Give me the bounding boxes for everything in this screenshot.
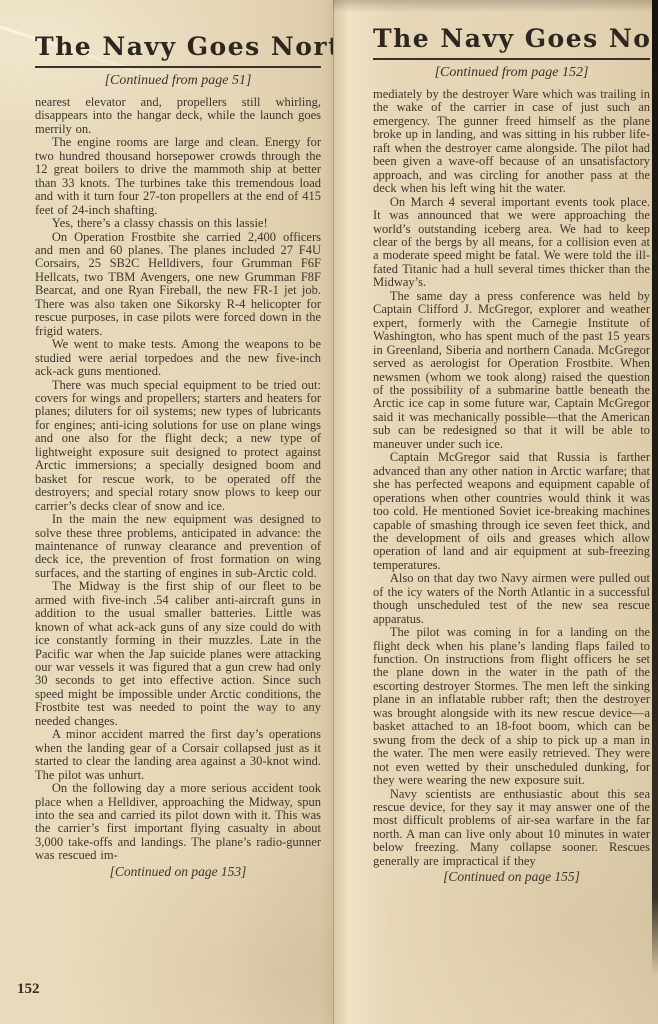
body-text-right: mediately by the destroyer Ware which wa…	[373, 88, 650, 868]
paragraph: Also on that day two Navy airmen were pu…	[373, 572, 650, 626]
continued-on-left: [Continued on page 153]	[35, 864, 321, 880]
continued-from-right: [Continued from page 152]	[373, 65, 650, 81]
paragraph: mediately by the destroyer Ware which wa…	[373, 88, 650, 196]
article-title-right: The Navy Goes North	[373, 24, 650, 53]
paragraph: Yes, there’s a classy chassis on this la…	[35, 217, 321, 230]
scan-dark-edge	[652, 0, 658, 975]
paragraph: Captain McGregor said that Russia is far…	[373, 451, 650, 572]
body-text-left: nearest elevator and, propellers still w…	[35, 96, 321, 863]
paragraph: On the following day a more serious acci…	[35, 782, 321, 863]
magazine-spread: The Navy Goes North [Continued from page…	[0, 0, 658, 1024]
paragraph: The Midway is the first ship of our flee…	[35, 580, 321, 728]
left-column: The Navy Goes North [Continued from page…	[35, 32, 321, 880]
paragraph: The engine rooms are large and clean. En…	[35, 136, 321, 217]
paragraph: nearest elevator and, propellers still w…	[35, 96, 321, 136]
paragraph: The same day a press conference was held…	[373, 290, 650, 451]
page-right: The Navy Goes North [Continued from page…	[333, 0, 658, 1024]
paragraph: On March 4 several important events took…	[373, 196, 650, 290]
paragraph: In the main the new equipment was design…	[35, 513, 321, 580]
paragraph: We went to make tests. Among the weapons…	[35, 338, 321, 378]
title-rule-right	[373, 58, 650, 60]
right-column: The Navy Goes North [Continued from page…	[373, 24, 650, 885]
continued-from-left: [Continued from page 51]	[35, 73, 321, 89]
page-left: The Navy Goes North [Continued from page…	[0, 0, 333, 1024]
paragraph: Navy scientists are enthusiastic about t…	[373, 788, 650, 869]
paragraph: A minor accident marred the first day’s …	[35, 728, 321, 782]
paragraph: There was much special equipment to be t…	[35, 379, 321, 514]
continued-on-right: [Continued on page 155]	[373, 869, 650, 885]
title-rule-left	[35, 66, 321, 68]
paragraph: The pilot was coming in for a landing on…	[373, 626, 650, 787]
page-gutter	[333, 0, 334, 1024]
page-number: 152	[17, 981, 40, 998]
paragraph: On Operation Frostbite she carried 2,400…	[35, 231, 321, 339]
article-title-left: The Navy Goes North	[35, 32, 321, 61]
